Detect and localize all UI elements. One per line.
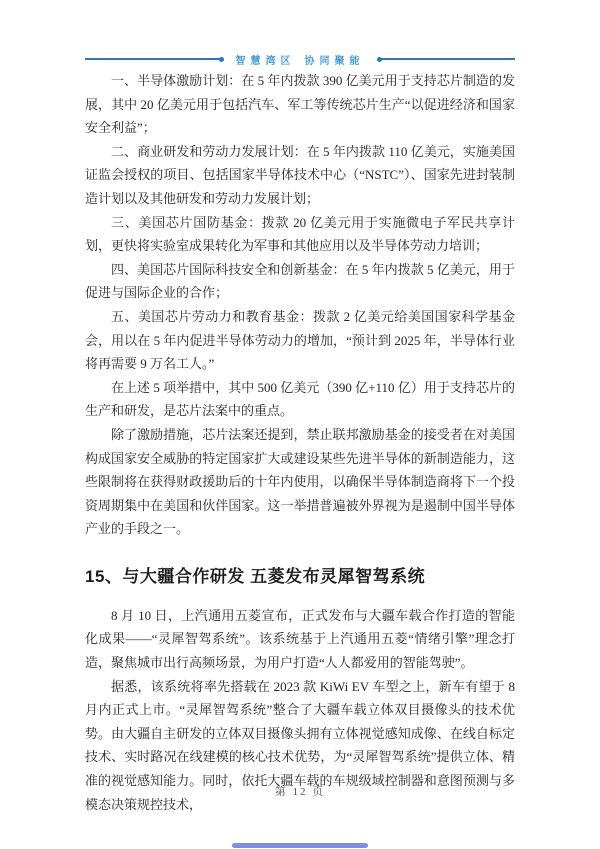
paragraph-semiconductor-incentive: 一、半导体激励计划：在 5 年内拨款 390 亿美元用于支持芯片制造的发展，其中… <box>85 69 515 140</box>
paragraph-rd-workforce-plan: 二、商业研发和劳动力发展计划：在 5 年内拨款 110 亿美元，实施美国证监会授… <box>85 140 515 211</box>
document-page: 智慧湾区 协同聚能 一、半导体激励计划：在 5 年内拨款 390 亿美元用于支持… <box>0 0 600 849</box>
header-brand-left: 智慧湾区 <box>236 52 296 67</box>
page-header: 智慧湾区 协同聚能 <box>85 51 515 67</box>
paragraph-intl-security-fund: 四、美国芯片国际科技安全和创新基金：在 5 年内拨款 5 亿美元，用于促进与国际… <box>85 258 515 305</box>
header-dot-left-icon <box>219 57 224 62</box>
header-rule-right <box>381 58 516 60</box>
paragraph-defense-fund: 三、美国芯片国防基金：拨款 20 亿美元用于实施微电子军民共享计划，更快将实验室… <box>85 211 515 258</box>
paragraph-wuling-announcement: 8 月 10 日，上汽通用五菱宣布，正式发布与大疆车载合作打造的智能化成果——“… <box>85 604 515 675</box>
paragraph-500b-summary: 在上述 5 项举措中，其中 500 亿美元（390 亿+110 亿）用于支持芯片… <box>85 376 515 423</box>
header-rule-left <box>85 58 220 60</box>
header-brand-right: 协同聚能 <box>305 52 365 67</box>
page-number: 第 12 页 <box>0 783 600 799</box>
paragraph-workforce-education-fund: 五、美国芯片劳动力和教育基金：拨款 2 亿美元给美国国家科学基金会，用以在 5 … <box>85 305 515 376</box>
bottom-indicator-bar <box>232 843 368 848</box>
document-body: 一、半导体激励计划：在 5 年内拨款 390 亿美元用于支持芯片制造的发展，其中… <box>85 69 515 816</box>
paragraph-restrictions: 除了激励措施，芯片法案还提到，禁止联邦激励基金的接受者在对美国构成国家安全威胁的… <box>85 423 515 541</box>
section-heading: 15、与大疆合作研发 五菱发布灵犀智驾系统 <box>85 562 515 587</box>
